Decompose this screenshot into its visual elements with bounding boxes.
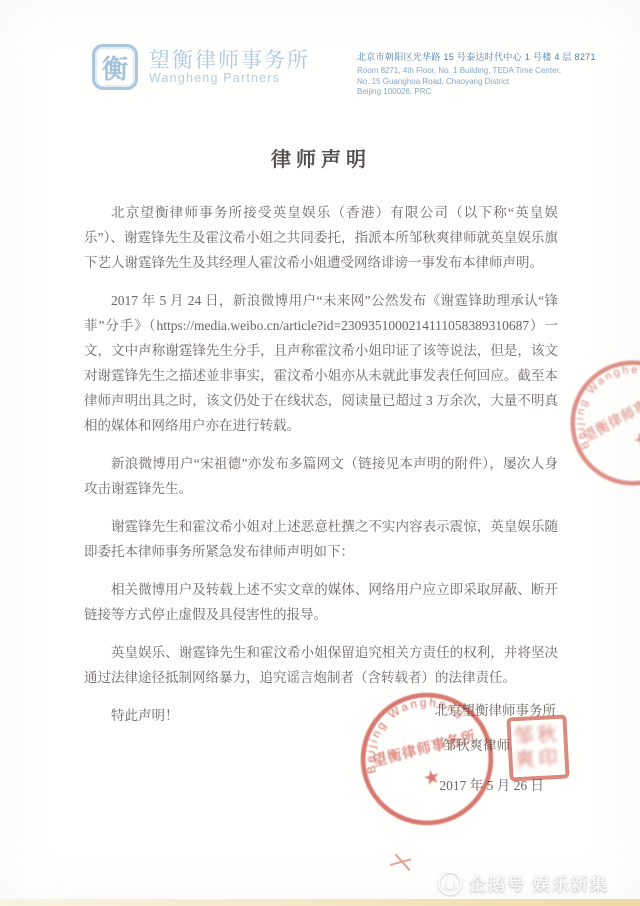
letter-body: 律师声明 北京望衡律师事务所接受英皇娱乐（香港）有限公司（以下称“英皇娱乐”）、… xyxy=(84,148,558,741)
signature-lawyer-name: 邹秋爽律师 xyxy=(443,734,511,754)
round-seal-chinese-text: 望衡律师事务所 xyxy=(580,383,640,444)
firm-address-en-line1: Room 8271, 4th Floor, No. 1 Building, TE… xyxy=(357,66,607,77)
paragraph-songzude: 新浪微博用户“宋祖德”亦发布多篇网文（链接见本声明的附件），屡次人身攻击谢霆锋先… xyxy=(84,451,558,501)
firm-address-block: 北京市朝阳区光华路 15 号泰达时代中心 1 号楼 4 层 8271 Room … xyxy=(357,50,607,98)
firm-logo: 衡 望衡律师事务所 Wangheng Partners xyxy=(92,44,310,90)
firm-address-en-line3: Beijing 100026, PRC xyxy=(357,87,607,98)
signature-date: 2017 年 5 月 26 日 xyxy=(439,774,544,794)
watermark-account-label: 企鹅号 娱乐新集 xyxy=(469,870,609,895)
round-seal-star-icon: ★ xyxy=(630,426,640,451)
photo-bottom-edge xyxy=(0,899,640,906)
svg-text:Beijing Wangheng: Beijing Wangheng xyxy=(553,348,640,451)
firm-name-zh: 望衡律师事务所 xyxy=(149,49,310,71)
firm-seal-logo-icon: 衡 xyxy=(92,44,138,90)
firm-name-en: Wangheng Partners xyxy=(149,71,310,85)
paragraph-demand-removal: 相关微博用户及转载上述不实文章的媒体、网络用户应立即采取屏蔽、断开链接等方式停止… xyxy=(84,577,558,627)
round-seal-latin-text: Beijing Wangheng xyxy=(553,348,640,451)
document-photo-page: 衡 望衡律师事务所 Wangheng Partners 北京市朝阳区光华路 15… xyxy=(0,0,640,906)
document-title: 律师声明 xyxy=(84,148,558,173)
paragraph-legal-action: 英皇娱乐、谢霆锋先生和霍汶希小姐保留追究相关方责任的权利，并将坚决通过法律途径抵… xyxy=(84,640,558,690)
penguin-icon xyxy=(438,871,462,895)
platform-watermark: 企鹅号 娱乐新集 xyxy=(438,870,609,895)
paragraph-weibo-article: 2017 年 5 月 24 日，新浪微博用户“未来网”公然发布《谢霆锋助理承认“… xyxy=(84,288,558,438)
firm-address-en-line2: No. 15 Guanghua Road, Chaoyang District xyxy=(357,77,607,88)
signature-firm-name: 北京望衡律师事务所 xyxy=(435,699,557,719)
firm-address-zh: 北京市朝阳区光华路 15 号泰达时代中心 1 号楼 4 层 8271 xyxy=(357,50,607,63)
paragraph-engagement: 北京望衡律师事务所接受英皇娱乐（香港）有限公司（以下称“英皇娱乐”）、谢霆锋先生… xyxy=(84,200,558,275)
paragraph-shock-statement: 谢霆锋先生和霍汶希小姐对上述恶意杜撰之不实内容表示震惊，英皇娱乐随即委托本律师事… xyxy=(84,514,558,564)
red-ink-mark xyxy=(385,851,417,881)
firm-logo-names: 望衡律师事务所 Wangheng Partners xyxy=(149,49,310,85)
